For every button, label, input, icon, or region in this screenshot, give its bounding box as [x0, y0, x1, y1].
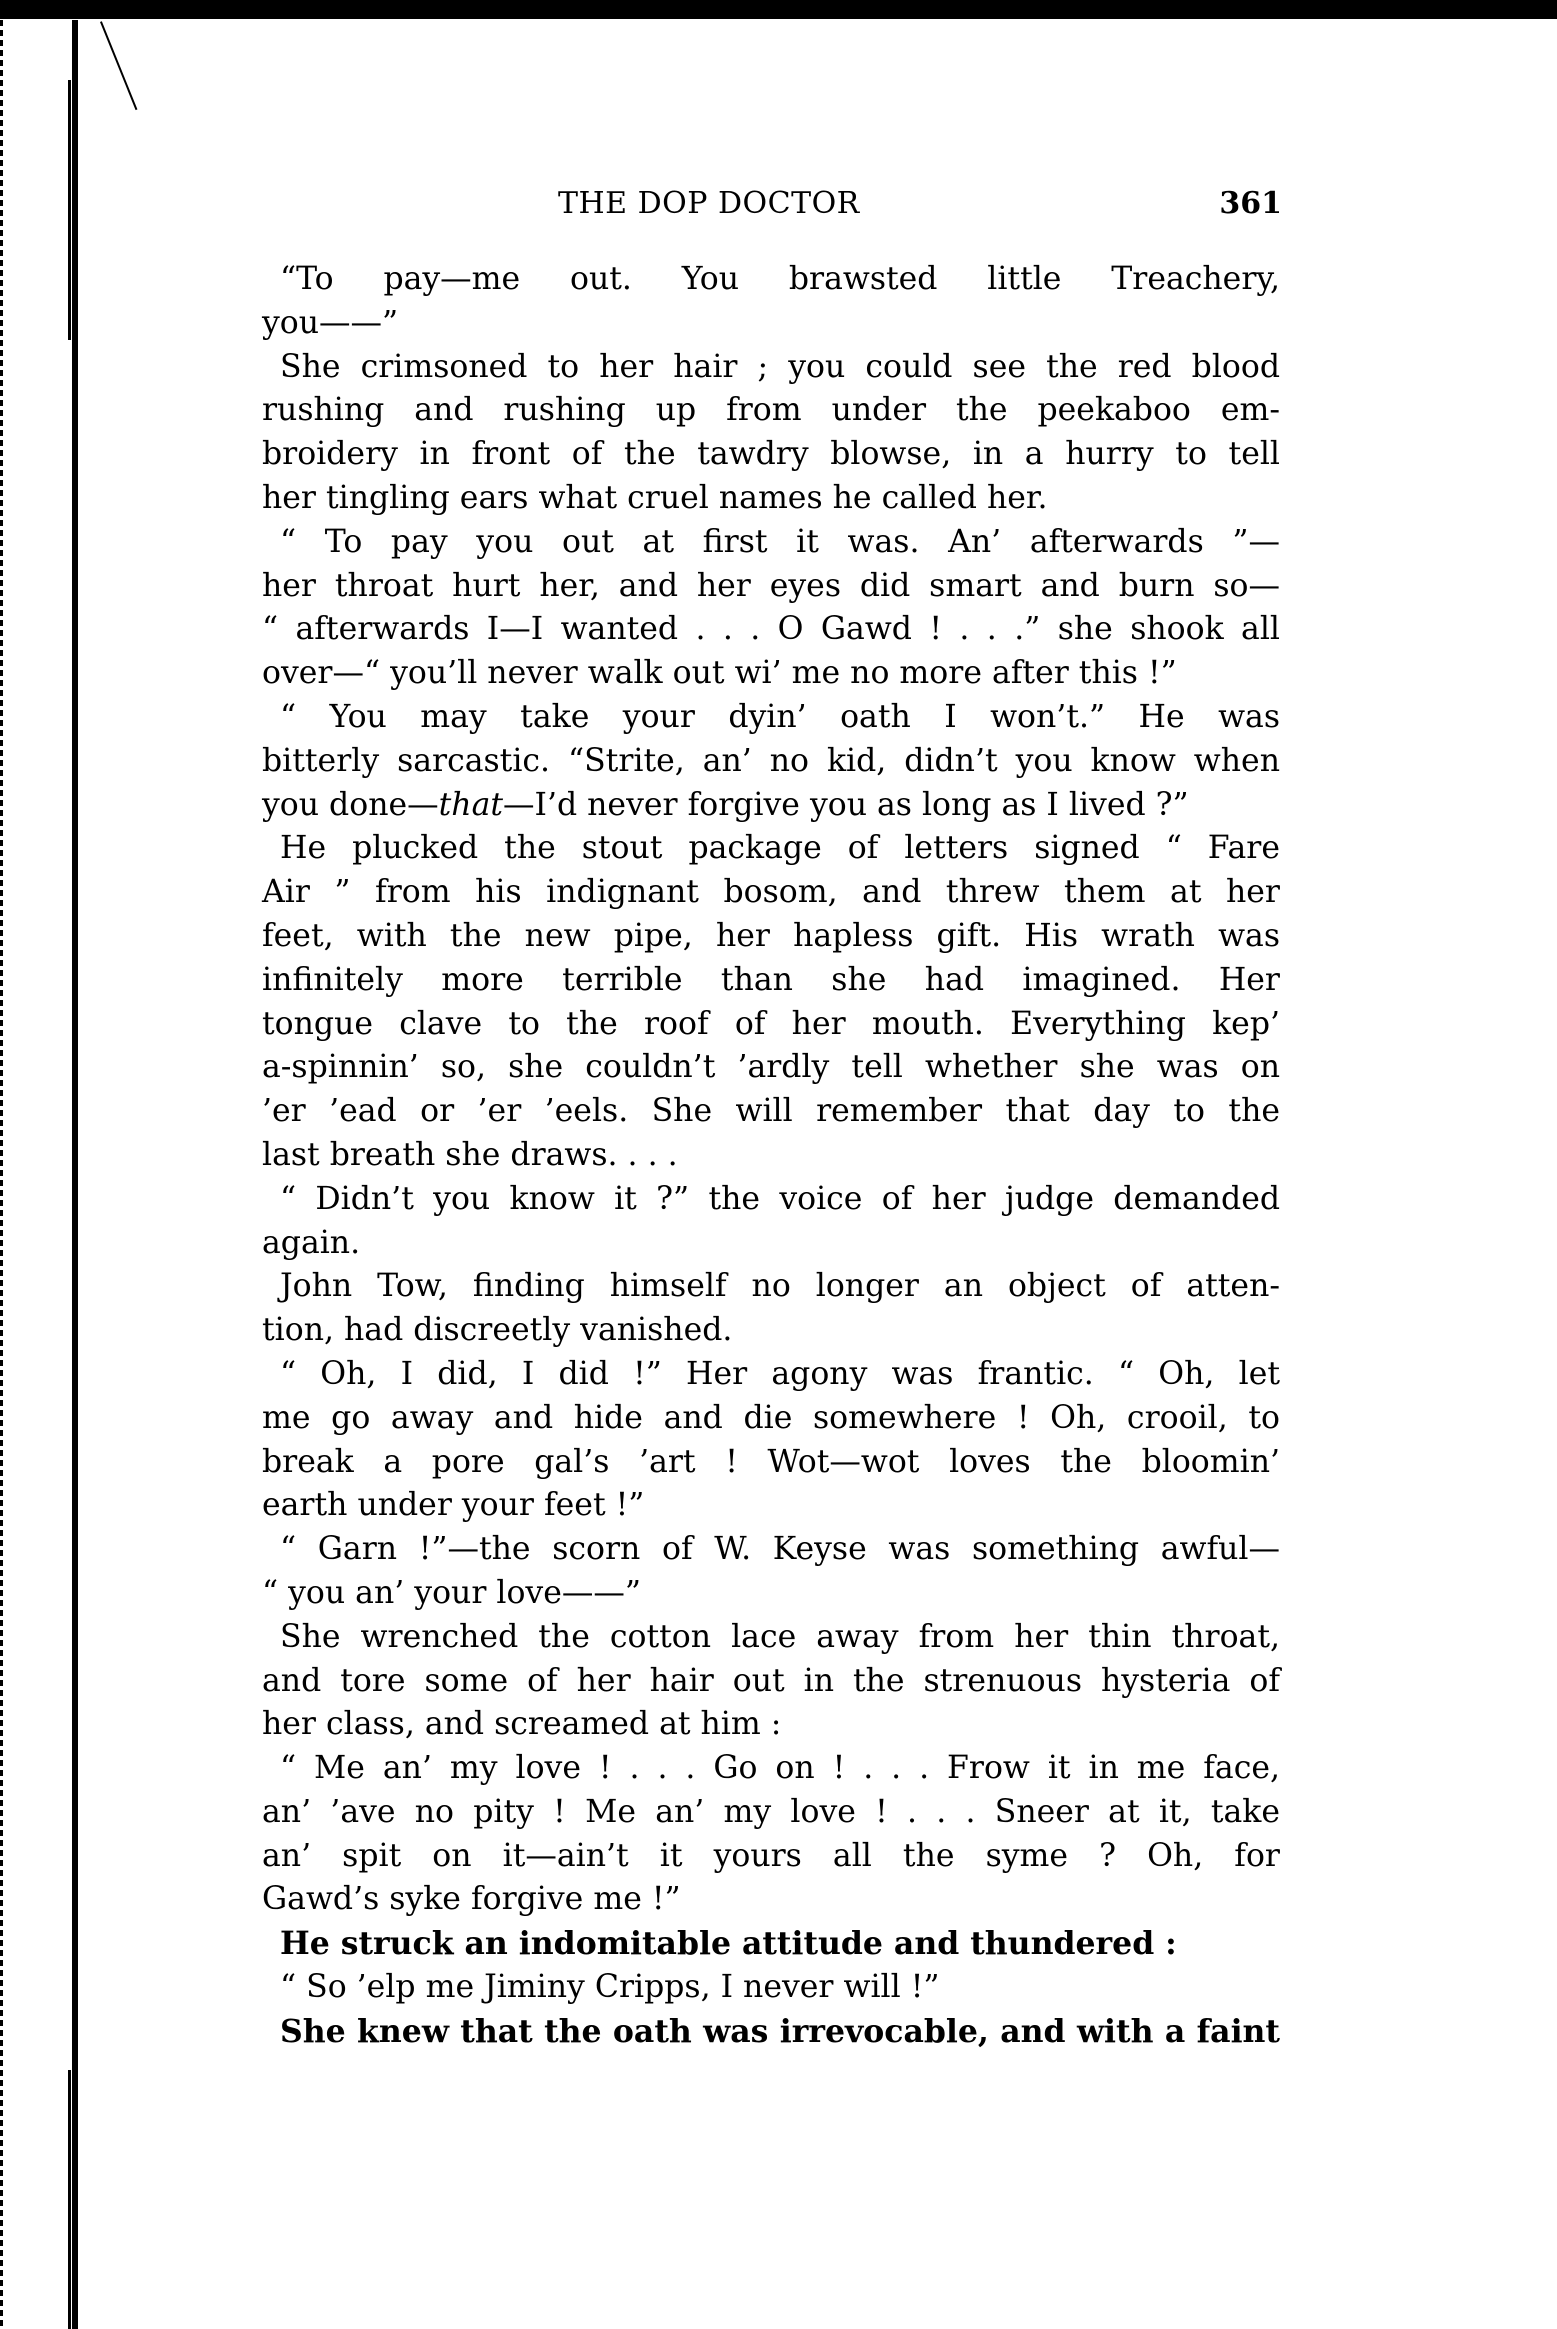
text-line: She knew that the oath was irrevocable, … [262, 2010, 1280, 2054]
text-line: a-spinnin’ so, she couldn’t ’ardly tell … [262, 1046, 1280, 1090]
text-line: break a pore gal’s ’art ! Wot—wot loves … [262, 1441, 1280, 1485]
italic-emphasis: that [439, 787, 503, 823]
gutter-line-upper [68, 80, 71, 340]
gutter-line [72, 20, 78, 2329]
text-line: Air ” from his indignant bosom, and thre… [262, 871, 1280, 915]
running-header: THE DOP DOCTOR 361 [262, 186, 1280, 236]
text-fragment: you done— [262, 787, 439, 823]
text-line: tongue clave to the roof of her mouth. E… [262, 1003, 1280, 1047]
text-line: her class, and screamed at him : [262, 1703, 1280, 1747]
text-line: tion, had discreetly vanished. [262, 1309, 1280, 1353]
text-line: “To pay—me out. You brawsted little Trea… [262, 258, 1280, 302]
text-line: again. [262, 1222, 1280, 1266]
gutter-line-lower [68, 2070, 71, 2329]
text-fragment: —I’d never forgive you as long as I live… [503, 787, 1189, 823]
text-line: “ You may take your dyin’ oath I won’t.”… [262, 696, 1280, 740]
text-line: She crimsoned to her hair ; you could se… [262, 346, 1280, 390]
text-line: ’er ’ead or ’er ’eels. She will remember… [262, 1090, 1280, 1134]
text-line: over—“ you’ll never walk out wi’ me no m… [262, 652, 1280, 696]
book-binding-gutter [68, 20, 82, 2329]
text-line: infinitely more terrible than she had im… [262, 959, 1280, 1003]
text-line: me go away and hide and die somewhere ! … [262, 1397, 1280, 1441]
page-body-text: “To pay—me out. You brawsted little Trea… [262, 258, 1280, 2054]
text-line: He struck an indomitable attitude and th… [262, 1922, 1280, 1966]
text-line: her throat hurt her, and her eyes did sm… [262, 565, 1280, 609]
text-line: her tingling ears what cruel names he ca… [262, 477, 1280, 521]
page-number: 361 [1219, 186, 1282, 221]
text-line: “ So ’elp me Jiminy Cripps, I never will… [262, 1966, 1280, 2010]
scan-artifact-stroke [100, 21, 137, 110]
text-line: an’ ’ave no pity ! Me an’ my love ! . . … [262, 1791, 1280, 1835]
text-line: “ Garn !”—the scorn of W. Keyse was some… [262, 1528, 1280, 1572]
text-line: “ Didn’t you know it ?” the voice of her… [262, 1178, 1280, 1222]
text-line: bitterly sarcastic. “Strite, an’ no kid,… [262, 740, 1280, 784]
text-line: “ you an’ your love——” [262, 1572, 1280, 1616]
text-line: “ Oh, I did, I did !” Her agony was fran… [262, 1353, 1280, 1397]
text-line: “ Me an’ my love ! . . . Go on ! . . . F… [262, 1747, 1280, 1791]
text-line: an’ spit on it—ain’t it yours all the sy… [262, 1835, 1280, 1879]
text-line: “ afterwards I—I wanted . . . O Gawd ! .… [262, 608, 1280, 652]
text-line: “ To pay you out at first it was. An’ af… [262, 521, 1280, 565]
text-line: Gawd’s syke forgive me !” [262, 1878, 1280, 1922]
running-title: THE DOP DOCTOR [558, 186, 860, 221]
text-line: and tore some of her hair out in the str… [262, 1660, 1280, 1704]
text-line: last breath she draws. . . . [262, 1134, 1280, 1178]
text-line: rushing and rushing up from under the pe… [262, 389, 1280, 433]
text-line: you——” [262, 302, 1280, 346]
text-line: broidery in front of the tawdry blowse, … [262, 433, 1280, 477]
text-line: He plucked the stout package of letters … [262, 827, 1280, 871]
text-line: She wrenched the cotton lace away from h… [262, 1616, 1280, 1660]
text-line: earth under your feet !” [262, 1484, 1280, 1528]
text-line: John Tow, finding himself no longer an o… [262, 1265, 1280, 1309]
text-line: you done—that—I’d never forgive you as l… [262, 784, 1280, 828]
scan-left-edge [0, 20, 3, 2329]
text-line: feet, with the new pipe, her hapless gif… [262, 915, 1280, 959]
scan-top-border [0, 0, 1557, 19]
